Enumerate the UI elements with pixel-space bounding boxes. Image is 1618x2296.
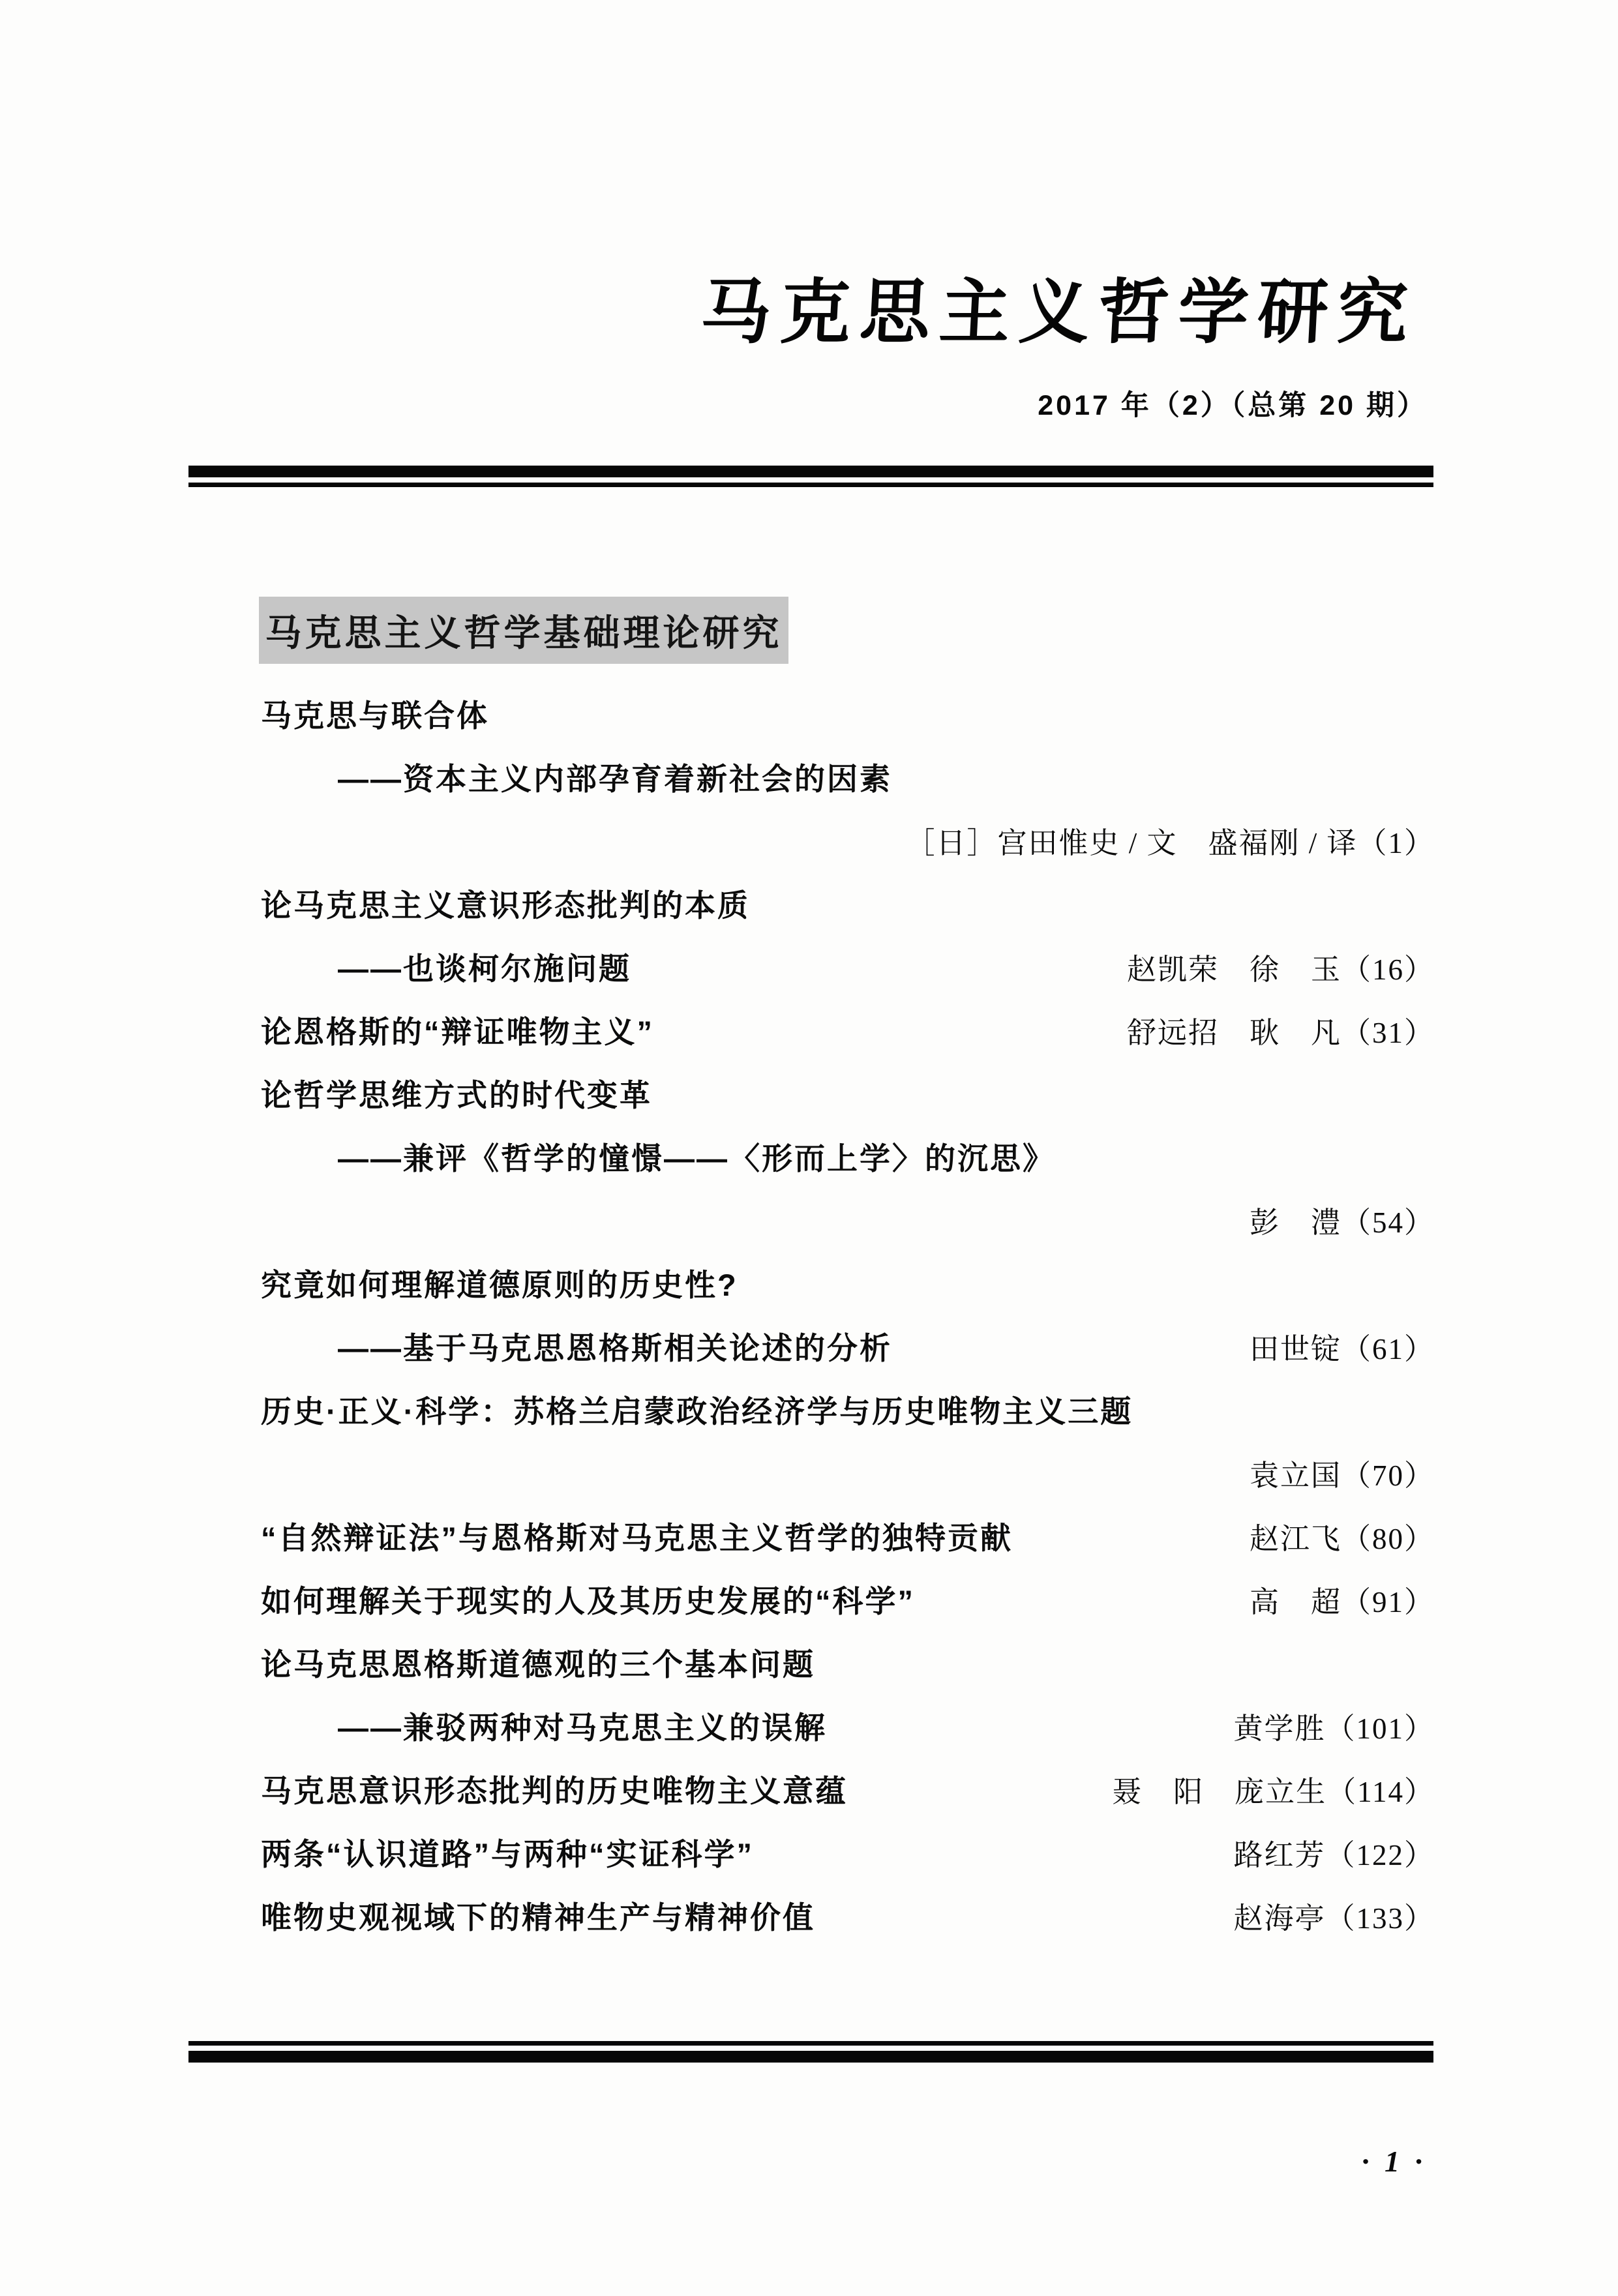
bottom-rule-thin-bar (188, 2041, 1433, 2046)
toc-entry-authors: 聂 阳 庞立生（114） (1112, 1768, 1435, 1810)
toc-entry-subtitle: ——资本主义内部孕育着新社会的因素 (261, 745, 1435, 809)
toc-entry-title: 论恩格斯的“辩证唯物主义” (261, 1008, 654, 1052)
top-rule-thick-bar (188, 466, 1433, 477)
section-header: 马克思主义哲学基础理论研究 (259, 597, 788, 664)
toc-entry-title: ——兼驳两种对马克思主义的误解 (261, 1704, 827, 1748)
bottom-rule-thick-bar (188, 2051, 1433, 2063)
toc-entry: 马克思意识形态批判的历史唯物主义意蕴 聂 阳 庞立生（114） (261, 1757, 1435, 1821)
toc-entry-title: 如何理解关于现实的人及其历史发展的“科学” (261, 1577, 915, 1621)
toc-entry-title: 马克思意识形态批判的历史唯物主义意蕴 (261, 1767, 848, 1811)
toc-entry-title: 论马克思主义意识形态批判的本质 (261, 882, 750, 925)
toc-entry-authors: 彭 澧（54） (1250, 1199, 1435, 1241)
toc-entry-title: “自然辩证法”与恩格斯对马克思主义哲学的独特贡献 (261, 1514, 1013, 1558)
toc-entry-authors: 舒远招 耿 凡（31） (1127, 1009, 1435, 1051)
toc-entry: 唯物史观视域下的精神生产与精神价值 赵海亭（133） (261, 1884, 1435, 1947)
toc-entry-authors: 田世锭（61） (1250, 1325, 1435, 1367)
table-of-contents: 马克思与联合体 ——资本主义内部孕育着新社会的因素 ［日］宫田惟史 / 文 盛福… (261, 682, 1435, 1947)
top-double-rule (188, 466, 1433, 487)
toc-entry-authors-line: 袁立国（70） (261, 1441, 1435, 1504)
toc-entry-subtitle: ——兼评《哲学的憧憬——〈形而上学〉的沉思》 (261, 1125, 1435, 1188)
bottom-rule-gap (188, 2046, 1433, 2051)
toc-entry-title: 论哲学思维方式的时代变革 (261, 1071, 652, 1115)
toc-entry-authors: ［日］宫田惟史 / 文 盛福刚 / 译（1） (905, 819, 1435, 861)
toc-entry-title: 马克思与联合体 (261, 692, 489, 736)
top-rule-thin-bar (188, 483, 1433, 487)
toc-entry-authors: 路红芳（122） (1233, 1831, 1435, 1873)
toc-entry: 历史·正义·科学：苏格兰启蒙政治经济学与历史唯物主义三题 (261, 1378, 1435, 1441)
toc-entry-title: ——兼评《哲学的憧憬——〈形而上学〉的沉思》 (261, 1135, 1055, 1178)
toc-entry: 论哲学思维方式的时代变革 (261, 1062, 1435, 1125)
toc-entry-authors: 袁立国（70） (1250, 1452, 1435, 1494)
journal-contents-page: 马克思主义哲学研究 2017 年（2）（总第 20 期） 马克思主义哲学基础理论… (0, 0, 1618, 2296)
toc-entry-authors-line: ［日］宫田惟史 / 文 盛福刚 / 译（1） (261, 809, 1435, 872)
toc-entry: 马克思与联合体 (261, 682, 1435, 745)
page-number: · 1 · (1362, 2144, 1426, 2179)
toc-entry-title: ——资本主义内部孕育着新社会的因素 (261, 755, 892, 799)
toc-entry-authors: 赵海亭（133） (1233, 1894, 1435, 1937)
toc-entry-authors-line: 彭 澧（54） (261, 1188, 1435, 1251)
toc-entry-title: 历史·正义·科学：苏格兰启蒙政治经济学与历史唯物主义三题 (261, 1388, 1133, 1431)
toc-entry-title: 唯物史观视域下的精神生产与精神价值 (261, 1894, 815, 1937)
top-rule-gap (188, 477, 1433, 483)
bottom-double-rule (188, 2041, 1433, 2063)
toc-entry: 究竟如何理解道德原则的历史性? (261, 1251, 1435, 1315)
toc-entry-subtitle: ——兼驳两种对马克思主义的误解 黄学胜（101） (261, 1694, 1435, 1757)
toc-entry: “自然辩证法”与恩格斯对马克思主义哲学的独特贡献 赵江飞（80） (261, 1504, 1435, 1568)
toc-entry: 论马克思主义意识形态批判的本质 (261, 872, 1435, 935)
toc-entry: 论马克思恩格斯道德观的三个基本问题 (261, 1631, 1435, 1694)
toc-entry-authors: 黄学胜（101） (1233, 1705, 1435, 1747)
toc-entry-title: ——也谈柯尔施问题 (261, 945, 631, 989)
toc-entry-authors: 高 超（91） (1250, 1578, 1435, 1620)
section-header-label: 马克思主义哲学基础理论研究 (265, 604, 783, 657)
toc-entry-title: 论马克思恩格斯道德观的三个基本问题 (261, 1641, 815, 1684)
toc-entry-title: 两条“认识道路”与两种“实证科学” (261, 1830, 754, 1874)
toc-entry: 论恩格斯的“辩证唯物主义” 舒远招 耿 凡（31） (261, 998, 1435, 1062)
toc-entry-authors: 赵凯荣 徐 玉（16） (1127, 946, 1435, 988)
toc-entry: 两条“认识道路”与两种“实证科学” 路红芳（122） (261, 1821, 1435, 1884)
toc-entry-title: 究竟如何理解道德原则的历史性? (261, 1261, 738, 1305)
journal-title: 马克思主义哲学研究 (698, 256, 1420, 357)
issue-line: 2017 年（2）（总第 20 期） (1038, 383, 1428, 423)
toc-entry-subtitle: ——也谈柯尔施问题 赵凯荣 徐 玉（16） (261, 935, 1435, 998)
toc-entry-subtitle: ——基于马克思恩格斯相关论述的分析 田世锭（61） (261, 1315, 1435, 1378)
toc-entry: 如何理解关于现实的人及其历史发展的“科学” 高 超（91） (261, 1568, 1435, 1631)
toc-entry-authors: 赵江飞（80） (1250, 1515, 1435, 1557)
toc-entry-title: ——基于马克思恩格斯相关论述的分析 (261, 1324, 892, 1368)
